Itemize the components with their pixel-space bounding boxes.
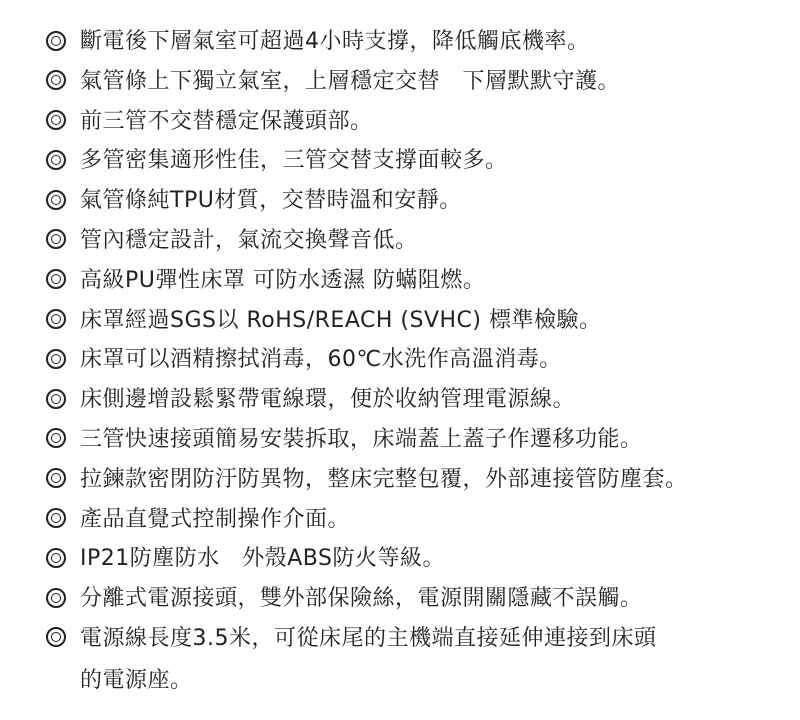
feature-item: 氣管條純TPU材質，交替時溫和安靜。 xyxy=(46,181,688,221)
feature-text: 高級PU彈性床罩 可防水透濕 防蟎阻燃。 xyxy=(80,261,485,301)
feature-item: 產品直覺式控制操作介面。 xyxy=(46,500,688,540)
feature-item: 床罩經過SGS以 RoHS/REACH (SVHC) 標準檢驗。 xyxy=(46,301,688,341)
double-circle-icon xyxy=(46,460,80,500)
feature-text: IP21防塵防水 外殼ABS防火等級。 xyxy=(80,539,445,579)
double-circle-icon xyxy=(46,500,80,540)
feature-item: 高級PU彈性床罩 可防水透濕 防蟎阻燃。 xyxy=(46,261,688,301)
feature-item: 氣管條上下獨立氣室，上層穩定交替 下層默默守護。 xyxy=(46,62,688,102)
feature-text: 氣管條上下獨立氣室，上層穩定交替 下層默默守護。 xyxy=(80,62,620,102)
feature-item: 三管快速接頭簡易安裝拆取，床端蓋上蓋子作遷移功能。 xyxy=(46,420,688,460)
feature-item: 多管密集適形性佳，三管交替支撐面較多。 xyxy=(46,141,688,181)
feature-text: 氣管條純TPU材質，交替時溫和安靜。 xyxy=(80,181,462,221)
double-circle-icon xyxy=(46,261,80,301)
double-circle-icon xyxy=(46,181,80,221)
feature-text: 產品直覺式控制操作介面。 xyxy=(80,500,350,540)
feature-text: 分離式電源接頭，雙外部保險絲，電源開關隱藏不誤觸。 xyxy=(80,579,643,619)
double-circle-icon xyxy=(46,380,80,420)
feature-text: 電源線長度3.5米，可從床尾的主機端直接延伸連接到床頭 的電源座。 xyxy=(80,619,657,703)
feature-item: 床罩可以酒精擦拭消毒，60℃水洗作高溫消毒。 xyxy=(46,340,688,380)
double-circle-icon xyxy=(46,301,80,341)
feature-item: IP21防塵防水 外殼ABS防火等級。 xyxy=(46,539,688,579)
double-circle-icon xyxy=(46,420,80,460)
feature-text-line: 電源線長度3.5米，可從床尾的主機端直接延伸連接到床頭 xyxy=(80,619,657,661)
feature-text: 床側邊增設鬆緊帶電線環，便於收納管理電源線。 xyxy=(80,380,575,420)
double-circle-icon xyxy=(46,539,80,579)
double-circle-icon xyxy=(46,619,80,659)
feature-text: 前三管不交替穩定保護頭部。 xyxy=(80,102,373,142)
feature-item: 管內穩定設計，氣流交換聲音低。 xyxy=(46,221,688,261)
feature-list: 斷電後下層氣室可超過4小時支撐，降低觸底機率。 氣管條上下獨立氣室，上層穩定交替… xyxy=(46,22,688,703)
double-circle-icon xyxy=(46,141,80,181)
double-circle-icon xyxy=(46,22,80,62)
feature-text: 斷電後下層氣室可超過4小時支撐，降低觸底機率。 xyxy=(80,22,590,62)
double-circle-icon xyxy=(46,62,80,102)
feature-item: 床側邊增設鬆緊帶電線環，便於收納管理電源線。 xyxy=(46,380,688,420)
feature-item: 電源線長度3.5米，可從床尾的主機端直接延伸連接到床頭 的電源座。 xyxy=(46,619,688,703)
feature-text: 床罩經過SGS以 RoHS/REACH (SVHC) 標準檢驗。 xyxy=(80,301,601,341)
feature-item: 斷電後下層氣室可超過4小時支撐，降低觸底機率。 xyxy=(46,22,688,62)
double-circle-icon xyxy=(46,102,80,142)
feature-text: 床罩可以酒精擦拭消毒，60℃水洗作高溫消毒。 xyxy=(80,340,562,380)
feature-item: 拉鍊款密閉防汙防異物，整床完整包覆，外部連接管防塵套。 xyxy=(46,460,688,500)
feature-text-line: 的電源座。 xyxy=(80,661,657,703)
feature-text: 管內穩定設計，氣流交換聲音低。 xyxy=(80,221,418,261)
feature-item: 分離式電源接頭，雙外部保險絲，電源開關隱藏不誤觸。 xyxy=(46,579,688,619)
feature-text: 三管快速接頭簡易安裝拆取，床端蓋上蓋子作遷移功能。 xyxy=(80,420,643,460)
feature-item: 前三管不交替穩定保護頭部。 xyxy=(46,102,688,142)
double-circle-icon xyxy=(46,579,80,619)
feature-text: 多管密集適形性佳，三管交替支撐面較多。 xyxy=(80,141,508,181)
feature-text: 拉鍊款密閉防汙防異物，整床完整包覆，外部連接管防塵套。 xyxy=(80,460,688,500)
double-circle-icon xyxy=(46,221,80,261)
double-circle-icon xyxy=(46,340,80,380)
